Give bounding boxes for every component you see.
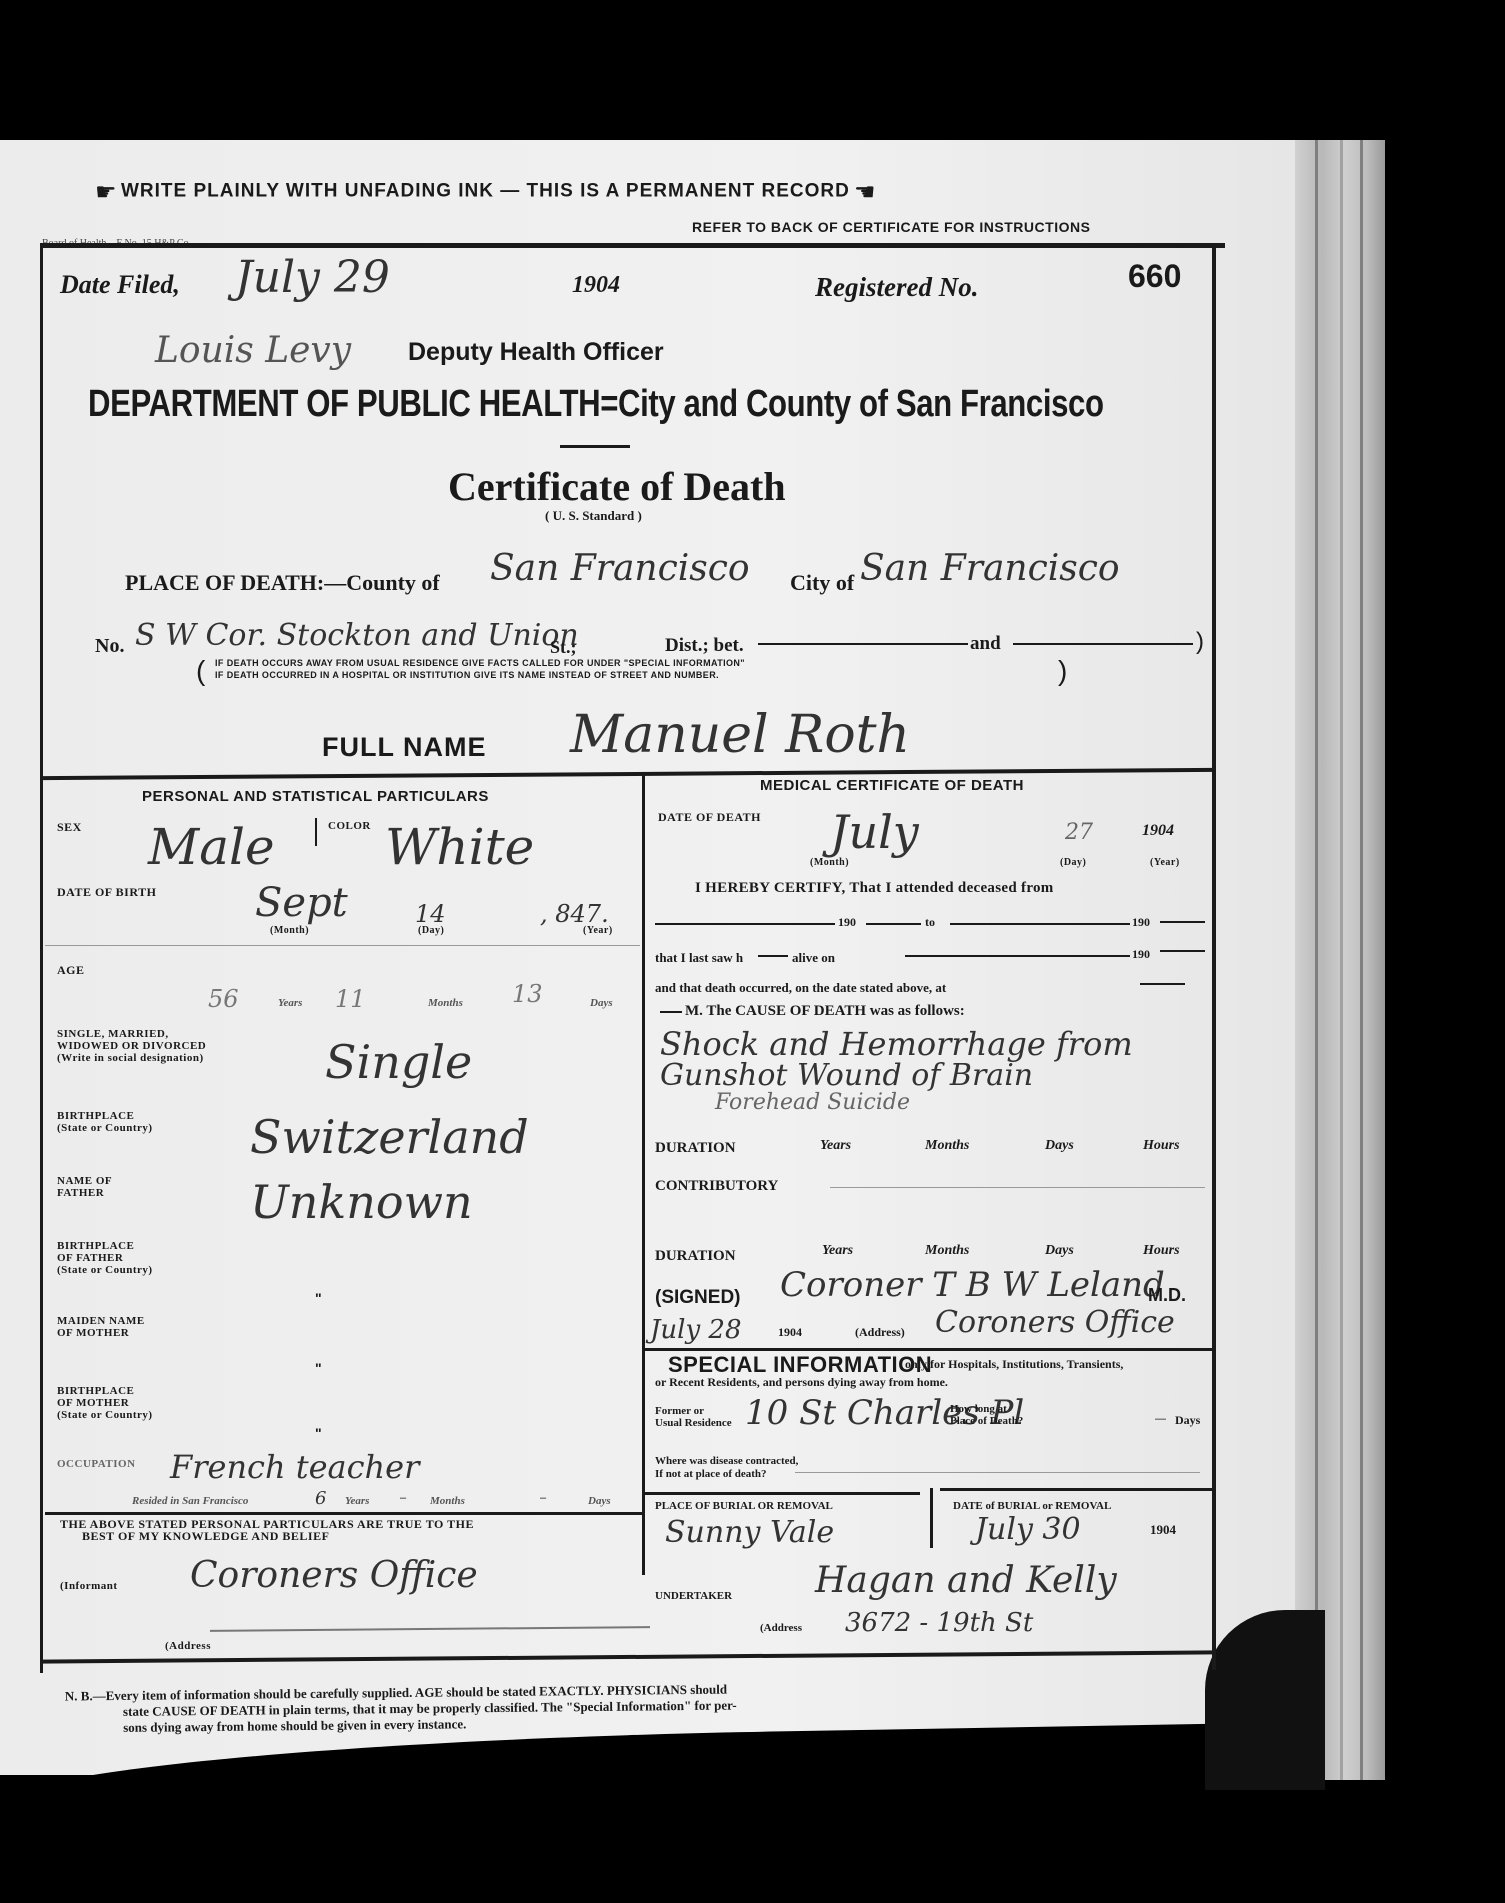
color-label: COLOR: [328, 820, 371, 832]
how-long-label: How long at Place of Death?: [950, 1403, 1023, 1427]
from-190: 190: [838, 915, 856, 930]
marital-label: SINGLE, MARRIED, WIDOWED OR DIVORCED (Wr…: [57, 1028, 206, 1064]
birthplace-label-2: (State or Country): [57, 1122, 153, 1134]
to-end-rule: [1160, 921, 1205, 923]
st-label: St.;: [550, 637, 577, 658]
special-heading-note: only for Hospitals, Institutions, Transi…: [905, 1357, 1123, 1372]
contributory-line[interactable]: [830, 1187, 1205, 1188]
attest-text: THE ABOVE STATED PERSONAL PARTICULARS AR…: [60, 1518, 474, 1542]
age-label: AGE: [57, 963, 85, 978]
attended-to-line[interactable]: [950, 923, 1130, 925]
to-190: 190: [1132, 915, 1150, 930]
dod-month-caption: (Month): [810, 857, 849, 868]
burial-separator: [930, 1488, 933, 1548]
signed-label: (SIGNED): [655, 1287, 741, 1309]
burial-rule-right: [940, 1488, 1213, 1491]
father-birthplace-label: BIRTHPLACE OF FATHER (State or Country): [57, 1240, 153, 1276]
father-birthplace-label-1: BIRTHPLACE: [57, 1240, 153, 1252]
burial-date-value[interactable]: July 30: [975, 1512, 1081, 1547]
row-rule: [45, 945, 640, 946]
pointing-hand-left-icon: ☛: [95, 179, 117, 206]
duration-days: Days: [1045, 1138, 1074, 1154]
full-name-label: FULL NAME: [322, 732, 487, 763]
date-filed-year: 1904: [572, 272, 620, 299]
special-heading-note-2: or Recent Residents, and persons dying a…: [655, 1375, 948, 1390]
footer-note: N. B.—Every item of information should b…: [65, 1681, 737, 1736]
occupation-value[interactable]: French teacher: [170, 1448, 419, 1486]
officer-title: Deputy Health Officer: [408, 338, 664, 367]
date-filed-value[interactable]: July 29: [235, 252, 390, 303]
former-residence-label: Former or Usual Residence: [655, 1405, 732, 1429]
pointing-hand-right-icon: ☛: [854, 178, 876, 207]
undertaker-label: UNDERTAKER: [655, 1590, 732, 1602]
certify-text: I HEREBY CERTIFY, That I attended deceas…: [695, 880, 1054, 897]
department-title: DEPARTMENT OF PUBLIC HEALTH=City and Cou…: [88, 383, 1104, 426]
age-days-caption: Days: [590, 997, 613, 1009]
disease-contracted-line[interactable]: [795, 1472, 1200, 1473]
street-no-label: No.: [95, 635, 124, 658]
duration-months: Months: [925, 1138, 969, 1154]
age-days-value[interactable]: 13: [512, 980, 543, 1008]
duration2-days: Days: [1045, 1243, 1074, 1259]
contracted-label-1: Where was disease contracted,: [655, 1455, 798, 1468]
officer-signature: Louis Levy: [155, 330, 351, 371]
to-label: to: [925, 915, 935, 930]
duration-label: DURATION: [655, 1140, 736, 1157]
duration2-hours: Hours: [1143, 1243, 1180, 1259]
signed-by-value[interactable]: Coroner T B W Leland: [780, 1265, 1165, 1305]
resided-months-caption: Months: [430, 1495, 465, 1507]
city-value[interactable]: San Francisco: [860, 548, 1120, 589]
attest-line-2: BEST OF MY KNOWLEDGE AND BELIEF: [60, 1530, 474, 1542]
column-divider: [642, 775, 645, 1575]
mother-label-2: OF MOTHER: [57, 1327, 145, 1339]
registered-number: 660: [1128, 258, 1181, 295]
mother-birthplace-value[interactable]: ": [315, 1425, 322, 1441]
special-rule: [645, 1348, 1213, 1351]
sex-value[interactable]: Male: [148, 818, 275, 876]
residence-note-1: IF DEATH OCCURS AWAY FROM USUAL RESIDENC…: [215, 658, 745, 668]
full-name-value[interactable]: Manuel Roth: [570, 705, 910, 765]
banner-text: WRITE PLAINLY WITH UNFADING INK — THIS I…: [121, 181, 850, 202]
age-months-caption: Months: [428, 997, 463, 1009]
marital-label-3: (Write in social designation): [57, 1052, 206, 1064]
dod-year-value[interactable]: 1904: [1142, 822, 1174, 840]
marital-label-1: SINGLE, MARRIED,: [57, 1028, 206, 1040]
father-birthplace-value[interactable]: ": [315, 1290, 322, 1306]
duration2-years: Years: [822, 1243, 853, 1259]
certificate-title: Certificate of Death: [448, 463, 786, 510]
dod-day-caption: (Day): [1060, 857, 1086, 868]
occupation-label: OCCUPATION: [57, 1458, 136, 1470]
dob-year-value[interactable]: , 847.: [540, 900, 609, 928]
sex-color-separator: [315, 818, 317, 846]
how-long-label-1: How long at: [950, 1403, 1023, 1415]
disease-contracted-label: Where was disease contracted, If not at …: [655, 1455, 798, 1481]
resided-years-value[interactable]: 6: [315, 1488, 326, 1509]
dist-label: Dist.; bet.: [665, 635, 744, 657]
former-label-2: Usual Residence: [655, 1417, 732, 1429]
dod-label: DATE OF DEATH: [658, 810, 761, 825]
county-value[interactable]: San Francisco: [490, 548, 750, 589]
dob-day-caption: (Day): [418, 925, 444, 936]
signed-date-value[interactable]: July 28: [650, 1315, 742, 1345]
from-to-rule: [866, 923, 921, 925]
undertaker-address-label: (Address: [760, 1622, 802, 1634]
contracted-label-2: If not at place of death?: [655, 1468, 798, 1481]
informant-value[interactable]: Coroners Office: [190, 1555, 478, 1596]
resided-months-value[interactable]: –: [400, 1492, 406, 1504]
signed-address-label: (Address): [855, 1325, 905, 1340]
dob-month-value[interactable]: Sept: [255, 880, 348, 926]
mother-value[interactable]: ": [315, 1360, 322, 1376]
burial-place-value[interactable]: Sunny Vale: [665, 1515, 834, 1550]
age-months-value[interactable]: 11: [335, 985, 366, 1013]
close-paren: ): [1196, 628, 1204, 656]
dod-year-caption: (Year): [1150, 857, 1180, 868]
father-birthplace-label-3: (State or Country): [57, 1264, 153, 1276]
father-label: NAME OF FATHER: [57, 1175, 112, 1199]
father-label-1: NAME OF: [57, 1175, 112, 1187]
undertaker-address-value[interactable]: 3672 - 19th St: [845, 1608, 1033, 1638]
personal-heading: PERSONAL AND STATISTICAL PARTICULARS: [142, 788, 489, 805]
dob-month-caption: (Month): [270, 925, 309, 936]
marital-label-2: WIDOWED OR DIVORCED: [57, 1040, 206, 1052]
dod-month-value[interactable]: July: [830, 805, 919, 859]
street-address-value[interactable]: S W Cor. Stockton and Union: [135, 618, 579, 653]
duration-years: Years: [820, 1138, 851, 1154]
contributory-label: CONTRIBUTORY: [655, 1178, 778, 1195]
death-occurred-label: and that death occurred, on the date sta…: [655, 980, 946, 996]
duration2-label: DURATION: [655, 1248, 736, 1265]
resided-years-caption: Years: [345, 1495, 369, 1507]
instructions-note: REFER TO BACK OF CERTIFICATE FOR INSTRUC…: [692, 219, 1090, 235]
how-long-unit: Days: [1175, 1413, 1200, 1428]
mother-label-1: MAIDEN NAME: [57, 1315, 145, 1327]
page-edge-binding: [1295, 140, 1385, 1780]
informant-address-label: (Address: [165, 1640, 211, 1652]
resided-days-value[interactable]: –: [540, 1492, 546, 1504]
how-long-label-2: Place of Death?: [950, 1415, 1023, 1427]
death-place-line[interactable]: [1140, 983, 1185, 985]
mother-birthplace-label-3: (State or Country): [57, 1409, 153, 1421]
frame-left: [40, 243, 43, 1673]
mother-label: MAIDEN NAME OF MOTHER: [57, 1315, 145, 1339]
marital-value[interactable]: Single: [325, 1035, 472, 1089]
cause-intro: M. The CAUSE OF DEATH was as follows:: [685, 1003, 965, 1020]
age-years-value[interactable]: 56: [208, 985, 239, 1013]
date-filed-label: Date Filed,: [60, 270, 180, 300]
duration-hours: Hours: [1143, 1138, 1180, 1154]
duration2-months: Months: [925, 1243, 969, 1259]
city-label: City of: [790, 570, 854, 596]
resided-label: Resided in San Francisco: [132, 1495, 248, 1507]
frame-right: [1212, 243, 1216, 1670]
father-birthplace-label-2: OF FATHER: [57, 1252, 153, 1264]
dist-between-line[interactable]: [758, 643, 968, 645]
birthplace-label-1: BIRTHPLACE: [57, 1110, 153, 1122]
burial-year: 1904: [1150, 1522, 1176, 1538]
resided-days-caption: Days: [588, 1495, 611, 1507]
cause-prefix-rule: [660, 1011, 682, 1013]
father-label-2: FATHER: [57, 1187, 112, 1199]
md-label: M.D.: [1148, 1285, 1186, 1306]
dob-day-value[interactable]: 14: [415, 900, 446, 928]
age-years-caption: Years: [278, 997, 302, 1009]
close-paren-2: ): [1058, 655, 1067, 687]
birthplace-value[interactable]: Switzerland: [250, 1110, 529, 1164]
alive-end-rule: [1160, 950, 1205, 952]
and-label: and: [970, 633, 1001, 655]
open-paren: (: [196, 655, 205, 687]
undertaker-value[interactable]: Hagan and Kelly: [815, 1560, 1117, 1601]
how-long-value[interactable]: —: [1155, 1413, 1166, 1425]
birthplace-label: BIRTHPLACE (State or Country): [57, 1110, 153, 1134]
dod-day-value[interactable]: 27: [1065, 820, 1093, 845]
burial-place-label: PLACE OF BURIAL OR REMOVAL: [655, 1500, 833, 1512]
residence-note-2: IF DEATH OCCURRED IN A HOSPITAL OR INSTI…: [215, 670, 719, 680]
father-value[interactable]: Unknown: [250, 1175, 473, 1229]
burial-rule-left: [645, 1492, 920, 1495]
title-rule: [560, 445, 630, 448]
mother-birthplace-label-2: OF MOTHER: [57, 1397, 153, 1409]
signed-address-value[interactable]: Coroners Office: [935, 1305, 1175, 1340]
signed-year: 1904: [778, 1325, 802, 1340]
mother-birthplace-label: BIRTHPLACE OF MOTHER (State or Country): [57, 1385, 153, 1421]
medical-heading: MEDICAL CERTIFICATE OF DEATH: [760, 777, 1024, 794]
place-of-death-label: PLACE OF DEATH:—County of: [125, 570, 440, 596]
personal-attest-rule: [45, 1512, 642, 1515]
last-saw-pronoun-line[interactable]: [758, 955, 788, 957]
certificate-subtitle: ( U. S. Standard ): [545, 508, 642, 524]
informant-label: (Informant: [60, 1580, 118, 1592]
dob-label: DATE OF BIRTH: [57, 885, 156, 900]
frame-top: [40, 243, 1225, 248]
cause-line-2[interactable]: Gunshot Wound of Brain: [660, 1058, 1033, 1093]
alive-on-line[interactable]: [905, 955, 1130, 957]
attended-from-line[interactable]: [655, 923, 835, 925]
mother-birthplace-label-1: BIRTHPLACE: [57, 1385, 153, 1397]
alive-190: 190: [1132, 947, 1150, 962]
color-value[interactable]: White: [385, 818, 534, 876]
dist-and-line[interactable]: [1013, 643, 1193, 645]
registered-label: Registered No.: [815, 272, 978, 303]
former-label-1: Former or: [655, 1405, 732, 1417]
alive-on-label: alive on: [792, 950, 835, 966]
burial-date-label: DATE of BURIAL or REMOVAL: [953, 1500, 1111, 1512]
dob-year-caption: (Year): [583, 925, 613, 936]
sex-label: SEX: [57, 820, 82, 835]
banner-row: ☛ WRITE PLAINLY WITH UNFADING INK — THIS…: [95, 178, 1195, 207]
cause-line-3[interactable]: Forehead Suicide: [715, 1090, 910, 1115]
last-saw-label: that I last saw h: [655, 950, 743, 966]
